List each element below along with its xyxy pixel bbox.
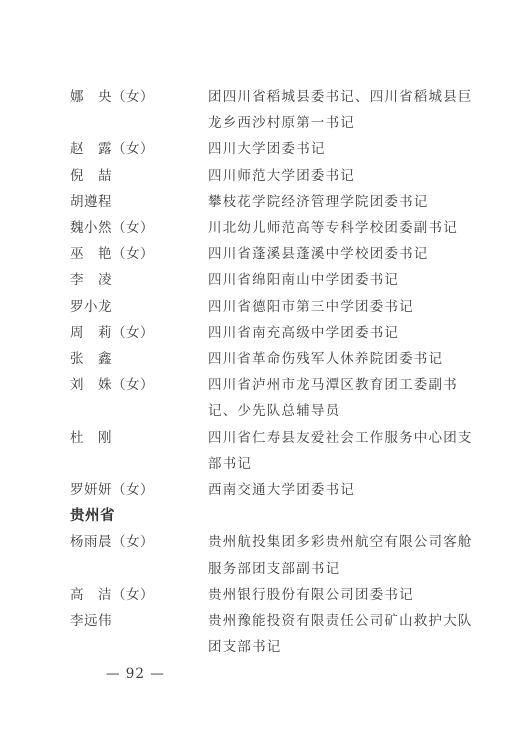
person-name: 娜 央（女） xyxy=(70,84,208,110)
person-position: 四川省蓬溪县蓬溪中学校团委书记 xyxy=(208,241,480,267)
person-name: 罗小龙 xyxy=(70,294,208,320)
person-position: 贵州航投集团多彩贵州航空有限公司客舱 服务部团支部副书记 xyxy=(208,529,480,581)
person-name: 周 莉（女） xyxy=(70,320,208,346)
person-position: 贵州豫能投资有限责任公司矿山救护大队 团支部书记 xyxy=(208,608,480,660)
person-name: 李 凌 xyxy=(70,267,208,293)
list-item: 杜 刚 四川省仁寿县友爱社会工作服务中心团支 部书记 xyxy=(70,425,480,477)
person-name: 胡遵程 xyxy=(70,189,208,215)
list-item: 周 莉（女） 四川省南充高级中学团委书记 xyxy=(70,320,480,346)
person-position: 西南交通大学团委书记 xyxy=(208,477,480,503)
person-name: 刘 姝（女） xyxy=(70,372,208,398)
list-item: 罗小龙 四川省德阳市第三中学团委书记 xyxy=(70,294,480,320)
person-position: 贵州银行股份有限公司团委书记 xyxy=(208,582,480,608)
person-position: 四川省革命伤残军人休养院团委书记 xyxy=(208,346,480,372)
person-position: 四川师范大学团委书记 xyxy=(208,163,480,189)
list-item: 杨雨晨（女） 贵州航投集团多彩贵州航空有限公司客舱 服务部团支部副书记 xyxy=(70,529,480,581)
person-name: 赵 露（女） xyxy=(70,136,208,162)
page-number: — 92 — xyxy=(106,666,165,682)
person-name: 张 鑫 xyxy=(70,346,208,372)
person-position: 四川省南充高级中学团委书记 xyxy=(208,320,480,346)
person-name: 杜 刚 xyxy=(70,425,208,451)
person-position: 攀枝花学院经济管理学院团委书记 xyxy=(208,189,480,215)
person-position: 四川省仁寿县友爱社会工作服务中心团支 部书记 xyxy=(208,425,480,477)
list-item: 罗妍妍（女） 西南交通大学团委书记 xyxy=(70,477,480,503)
person-position: 四川省德阳市第三中学团委书记 xyxy=(208,294,480,320)
document-page: 娜 央（女） 团四川省稻城县委书记、四川省稻城县巨 龙乡西沙村原第一书记 赵 露… xyxy=(0,0,530,748)
person-name: 倪 喆 xyxy=(70,163,208,189)
section-header-guizhou: 贵州省 xyxy=(70,503,480,529)
list-item: 赵 露（女） 四川大学团委书记 xyxy=(70,136,480,162)
person-position: 川北幼儿师范高等专科学校团委副书记 xyxy=(208,215,480,241)
list-item: 张 鑫 四川省革命伤残军人休养院团委书记 xyxy=(70,346,480,372)
list-item: 胡遵程 攀枝花学院经济管理学院团委书记 xyxy=(70,189,480,215)
list-item: 李 凌 四川省绵阳南山中学团委书记 xyxy=(70,267,480,293)
list-item: 娜 央（女） 团四川省稻城县委书记、四川省稻城县巨 龙乡西沙村原第一书记 xyxy=(70,84,480,136)
person-position: 四川省泸州市龙马潭区教育团工委副书 记、少先队总辅导员 xyxy=(208,372,480,424)
person-name: 杨雨晨（女） xyxy=(70,529,208,555)
person-name: 李远伟 xyxy=(70,608,208,634)
list-item: 高 洁（女） 贵州银行股份有限公司团委书记 xyxy=(70,582,480,608)
person-name: 高 洁（女） xyxy=(70,582,208,608)
list-item: 巫 艳（女） 四川省蓬溪县蓬溪中学校团委书记 xyxy=(70,241,480,267)
list-item: 魏小然（女） 川北幼儿师范高等专科学校团委副书记 xyxy=(70,215,480,241)
list-item: 刘 姝（女） 四川省泸州市龙马潭区教育团工委副书 记、少先队总辅导员 xyxy=(70,372,480,424)
person-name: 巫 艳（女） xyxy=(70,241,208,267)
name-position-list: 娜 央（女） 团四川省稻城县委书记、四川省稻城县巨 龙乡西沙村原第一书记 赵 露… xyxy=(70,84,480,660)
person-position: 四川大学团委书记 xyxy=(208,136,480,162)
person-position: 四川省绵阳南山中学团委书记 xyxy=(208,267,480,293)
person-name: 罗妍妍（女） xyxy=(70,477,208,503)
person-name: 魏小然（女） xyxy=(70,215,208,241)
person-position: 团四川省稻城县委书记、四川省稻城县巨 龙乡西沙村原第一书记 xyxy=(208,84,480,136)
list-item: 倪 喆 四川师范大学团委书记 xyxy=(70,163,480,189)
list-item: 李远伟 贵州豫能投资有限责任公司矿山救护大队 团支部书记 xyxy=(70,608,480,660)
